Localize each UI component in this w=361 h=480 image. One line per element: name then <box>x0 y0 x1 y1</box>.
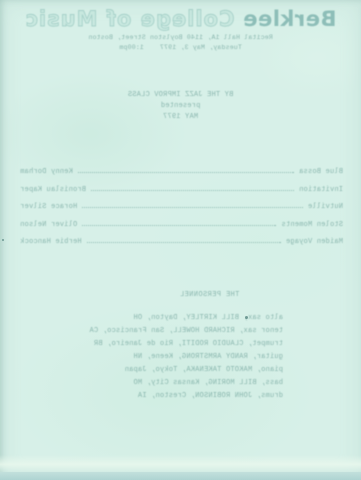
dotted-leader <box>78 167 294 173</box>
scanned-program-page: Berklee College of Music Recital Hall 1A… <box>0 0 361 480</box>
date-text: Tuesday, May 3, 1977 <box>160 44 242 51</box>
personnel-line: drums, JOHN ROBINSON, Creston, IA <box>20 390 283 403</box>
program-credit: Bronislau Kaper <box>20 187 86 194</box>
program-row: Stolen Moments Oliver Nelson <box>20 220 343 229</box>
program-row: Blue Bossa Kenny Dorham <box>20 167 343 176</box>
date-line: Tuesday, May 3, 1977 1:00pm <box>0 44 361 51</box>
personnel-line: bass, BILL MORING, Kansas City, MO <box>20 377 283 390</box>
concert-title-block: BY THE JAZZ IMPROV CLASS presented MAY 1… <box>0 90 361 123</box>
personnel-list: alto sax, BILL KIRTLEY, Dayton, OH tenor… <box>20 312 283 403</box>
dotted-leader <box>87 237 281 243</box>
program-title: Stolen Moments <box>281 222 343 229</box>
program-row: Invitation Bronislau Kaper <box>20 185 343 194</box>
program-credit: Horace Silver <box>20 204 77 211</box>
program-title: Nutville <box>308 204 343 211</box>
program-credit: Herbie Hancock <box>20 239 82 246</box>
personnel-line: trumpet, CLAUDIO RODITI, Rio de Janeiro,… <box>20 338 283 351</box>
program-title: Blue Bossa <box>299 169 343 176</box>
personnel-line: guitar, RANDY ARMSTRONG, Keene, NH <box>20 351 283 364</box>
bleedthrough-content: Berklee College of Music Recital Hall 1A… <box>0 0 361 480</box>
concert-title-line2: presented <box>0 101 361 112</box>
personnel-line: tenor sax, RICHARD HOWELL, San Francisco… <box>20 325 283 338</box>
program-credit: Kenny Dorham <box>20 169 73 176</box>
program-title: Maiden Voyage <box>286 239 343 246</box>
ink-speck <box>245 316 248 319</box>
program-row: Maiden Voyage Herbie Hancock <box>20 237 343 246</box>
personnel-line: piano, MAKOTO TAKENAKA, Tokyo, Japan <box>20 364 283 377</box>
time-text: 1:00pm <box>119 44 144 51</box>
dotted-leader <box>82 220 276 226</box>
logo-solid-text: Berklee <box>243 7 337 31</box>
program-list: Blue Bossa Kenny Dorham Invitation Broni… <box>20 167 343 255</box>
venue-line: Recital Hall 1A, 1140 Boylston Street, B… <box>0 34 361 41</box>
ink-speck <box>2 239 4 241</box>
concert-title-line3: MAY 1977 <box>0 112 361 123</box>
personnel-heading: THE PERSONNEL <box>29 291 361 299</box>
dotted-leader <box>91 185 294 191</box>
berklee-logo: Berklee College of Music <box>0 7 361 31</box>
concert-title-line1: BY THE JAZZ IMPROV CLASS <box>0 90 361 101</box>
program-credit: Oliver Nelson <box>20 222 77 229</box>
logo-outline-text: College of Music <box>25 7 243 31</box>
program-row: Nutville Horace Silver <box>20 202 343 211</box>
dotted-leader <box>82 202 303 208</box>
program-title: Invitation <box>299 187 343 194</box>
personnel-line: alto sax, BILL KIRTLEY, Dayton, OH <box>20 312 283 325</box>
